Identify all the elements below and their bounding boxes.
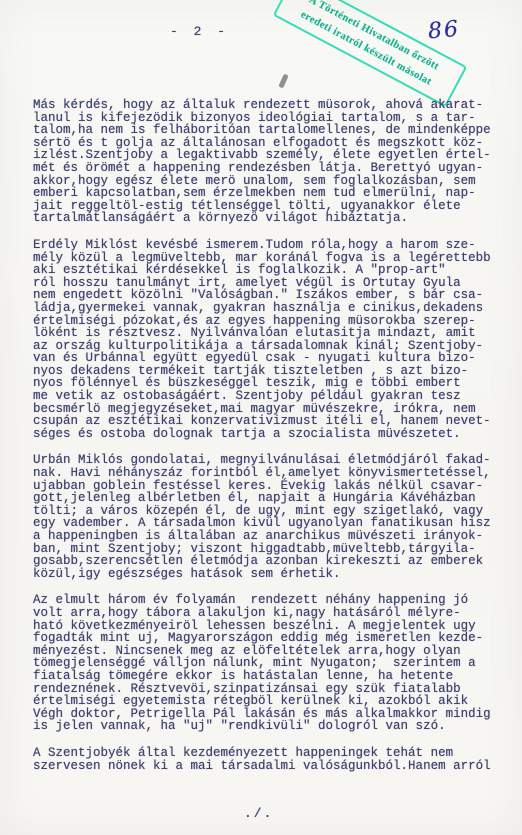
- paragraph-2: Erdély Miklóst kevésbé ismerem.Tudom ról…: [33, 239, 513, 441]
- paragraph-5: A Szentjobyék által kezdeményezett happe…: [33, 747, 513, 772]
- scanned-document-page: - 2 - 86 A Történeti Hivatalban őrzött e…: [0, 0, 522, 835]
- page-number: - 2 -: [170, 24, 229, 39]
- document-body: Más kérdés, hogy az általuk rendezett mü…: [33, 99, 513, 786]
- continuation-mark: ./.: [244, 806, 273, 821]
- paragraph-3: Urbán Miklós gondolatai, megnyilvánulása…: [33, 454, 513, 580]
- archive-stamp: A Történeti Hivatalban őrzött eredeti ir…: [273, 0, 468, 107]
- scan-artifact-speck: [278, 74, 288, 89]
- paragraph-1: Más kérdés, hogy az általuk rendezett mü…: [33, 99, 513, 225]
- handwritten-archive-number: 86: [427, 17, 461, 45]
- paragraph-4: Az elmult három év folyamán rendezett né…: [33, 594, 513, 733]
